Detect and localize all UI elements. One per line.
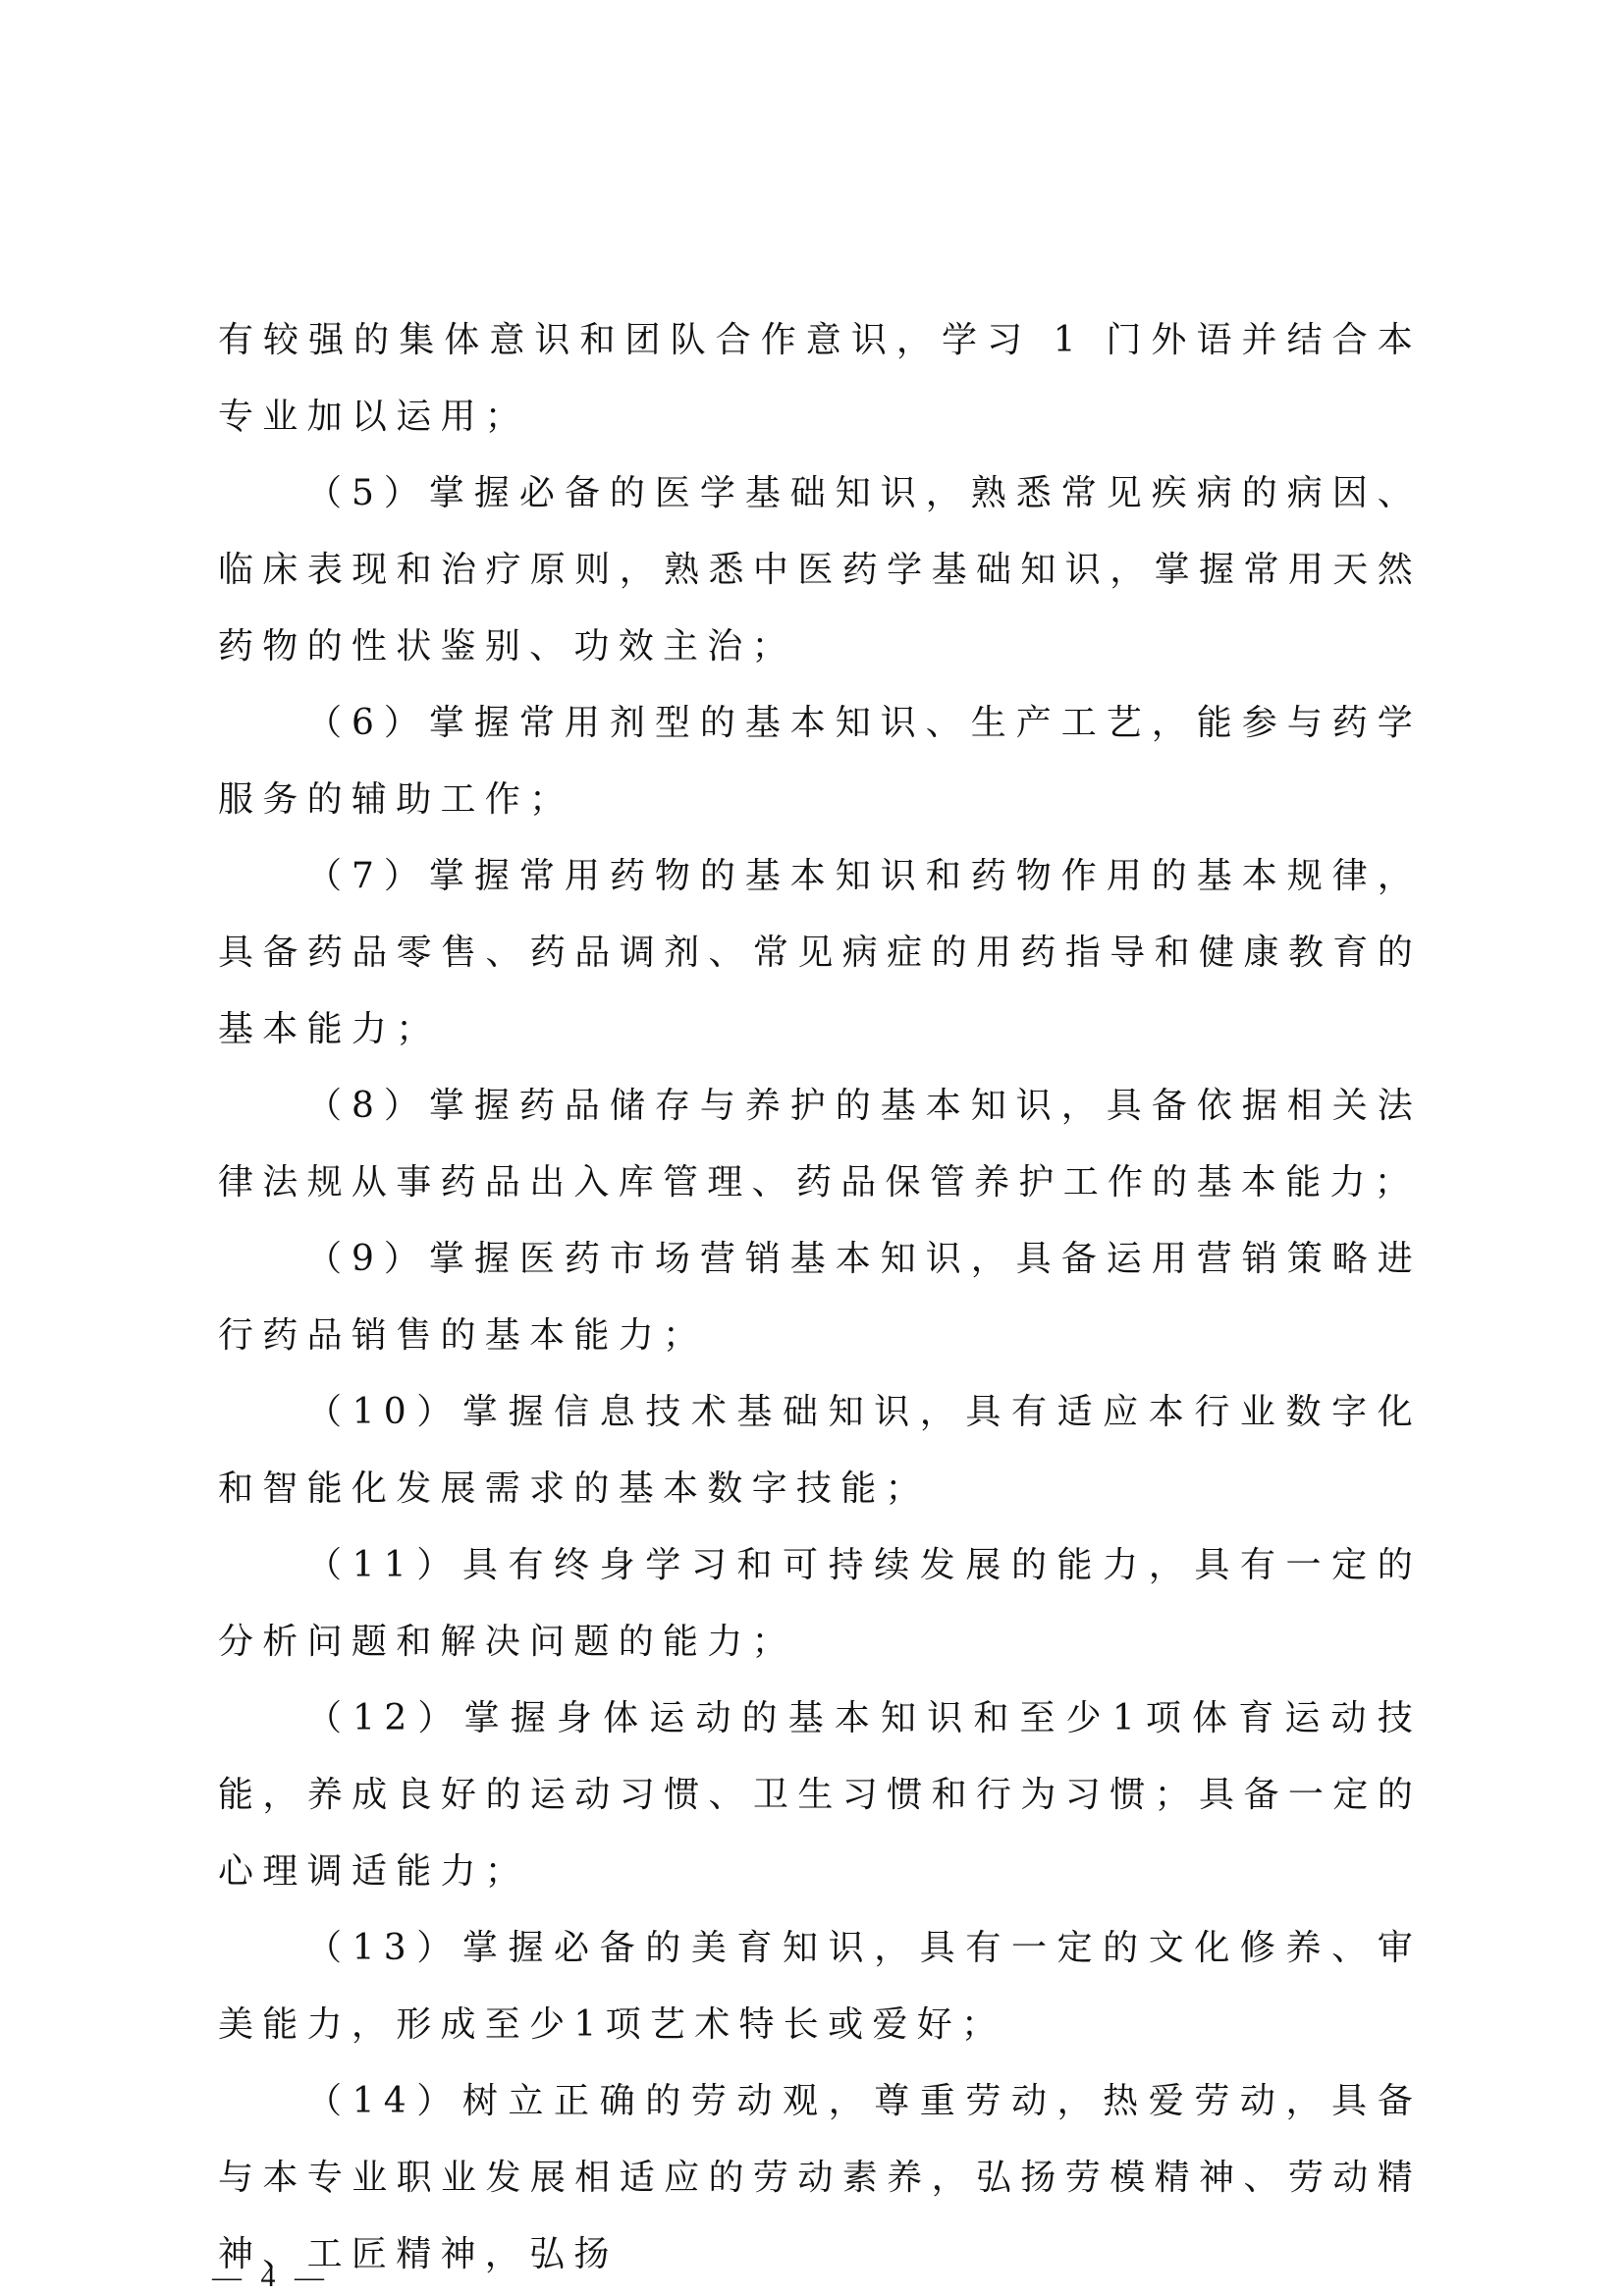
paragraph-item-9: （9）掌握医药市场营销基本知识，具备运用营销策略进行药品销售的基本能力；: [218, 1221, 1422, 1374]
page-number: — 4 —: [212, 2260, 330, 2295]
paragraph-item-7: （7）掌握常用药物的基本知识和药物作用的基本规律，具备药品零售、药品调剂、常见病…: [218, 838, 1422, 1068]
paragraph-item-10: （10）掌握信息技术基础知识，具有适应本行业数字化和智能化发展需求的基本数字技能…: [218, 1374, 1422, 1527]
paragraph-item-12: （12）掌握身体运动的基本知识和至少1项体育运动技能，养成良好的运动习惯、卫生习…: [218, 1681, 1422, 1910]
paragraph-item-8: （8）掌握药品储存与养护的基本知识，具备依据相关法律法规从事药品出入库管理、药品…: [218, 1068, 1422, 1221]
paragraph-item-11: （11）具有终身学习和可持续发展的能力，具有一定的分析问题和解决问题的能力；: [218, 1527, 1422, 1681]
paragraph-item-6: （6）掌握常用剂型的基本知识、生产工艺，能参与药学服务的辅助工作；: [218, 685, 1422, 838]
paragraph-item-5: （5）掌握必备的医学基础知识，熟悉常见疾病的病因、临床表现和治疗原则，熟悉中医药…: [218, 455, 1422, 685]
paragraph-item-13: （13）掌握必备的美育知识，具有一定的文化修养、审美能力，形成至少1项艺术特长或…: [218, 1910, 1422, 2063]
paragraph-continuation: 有较强的集体意识和团队合作意识，学习 1 门外语并结合本专业加以运用；: [218, 302, 1422, 455]
paragraph-item-14: （14）树立正确的劳动观，尊重劳动，热爱劳动，具备与本专业职业发展相适应的劳动素…: [218, 2063, 1422, 2293]
document-body: 有较强的集体意识和团队合作意识，学习 1 门外语并结合本专业加以运用； （5）掌…: [218, 302, 1422, 2293]
document-page: 有较强的集体意识和团队合作意识，学习 1 门外语并结合本专业加以运用； （5）掌…: [0, 0, 1624, 2296]
